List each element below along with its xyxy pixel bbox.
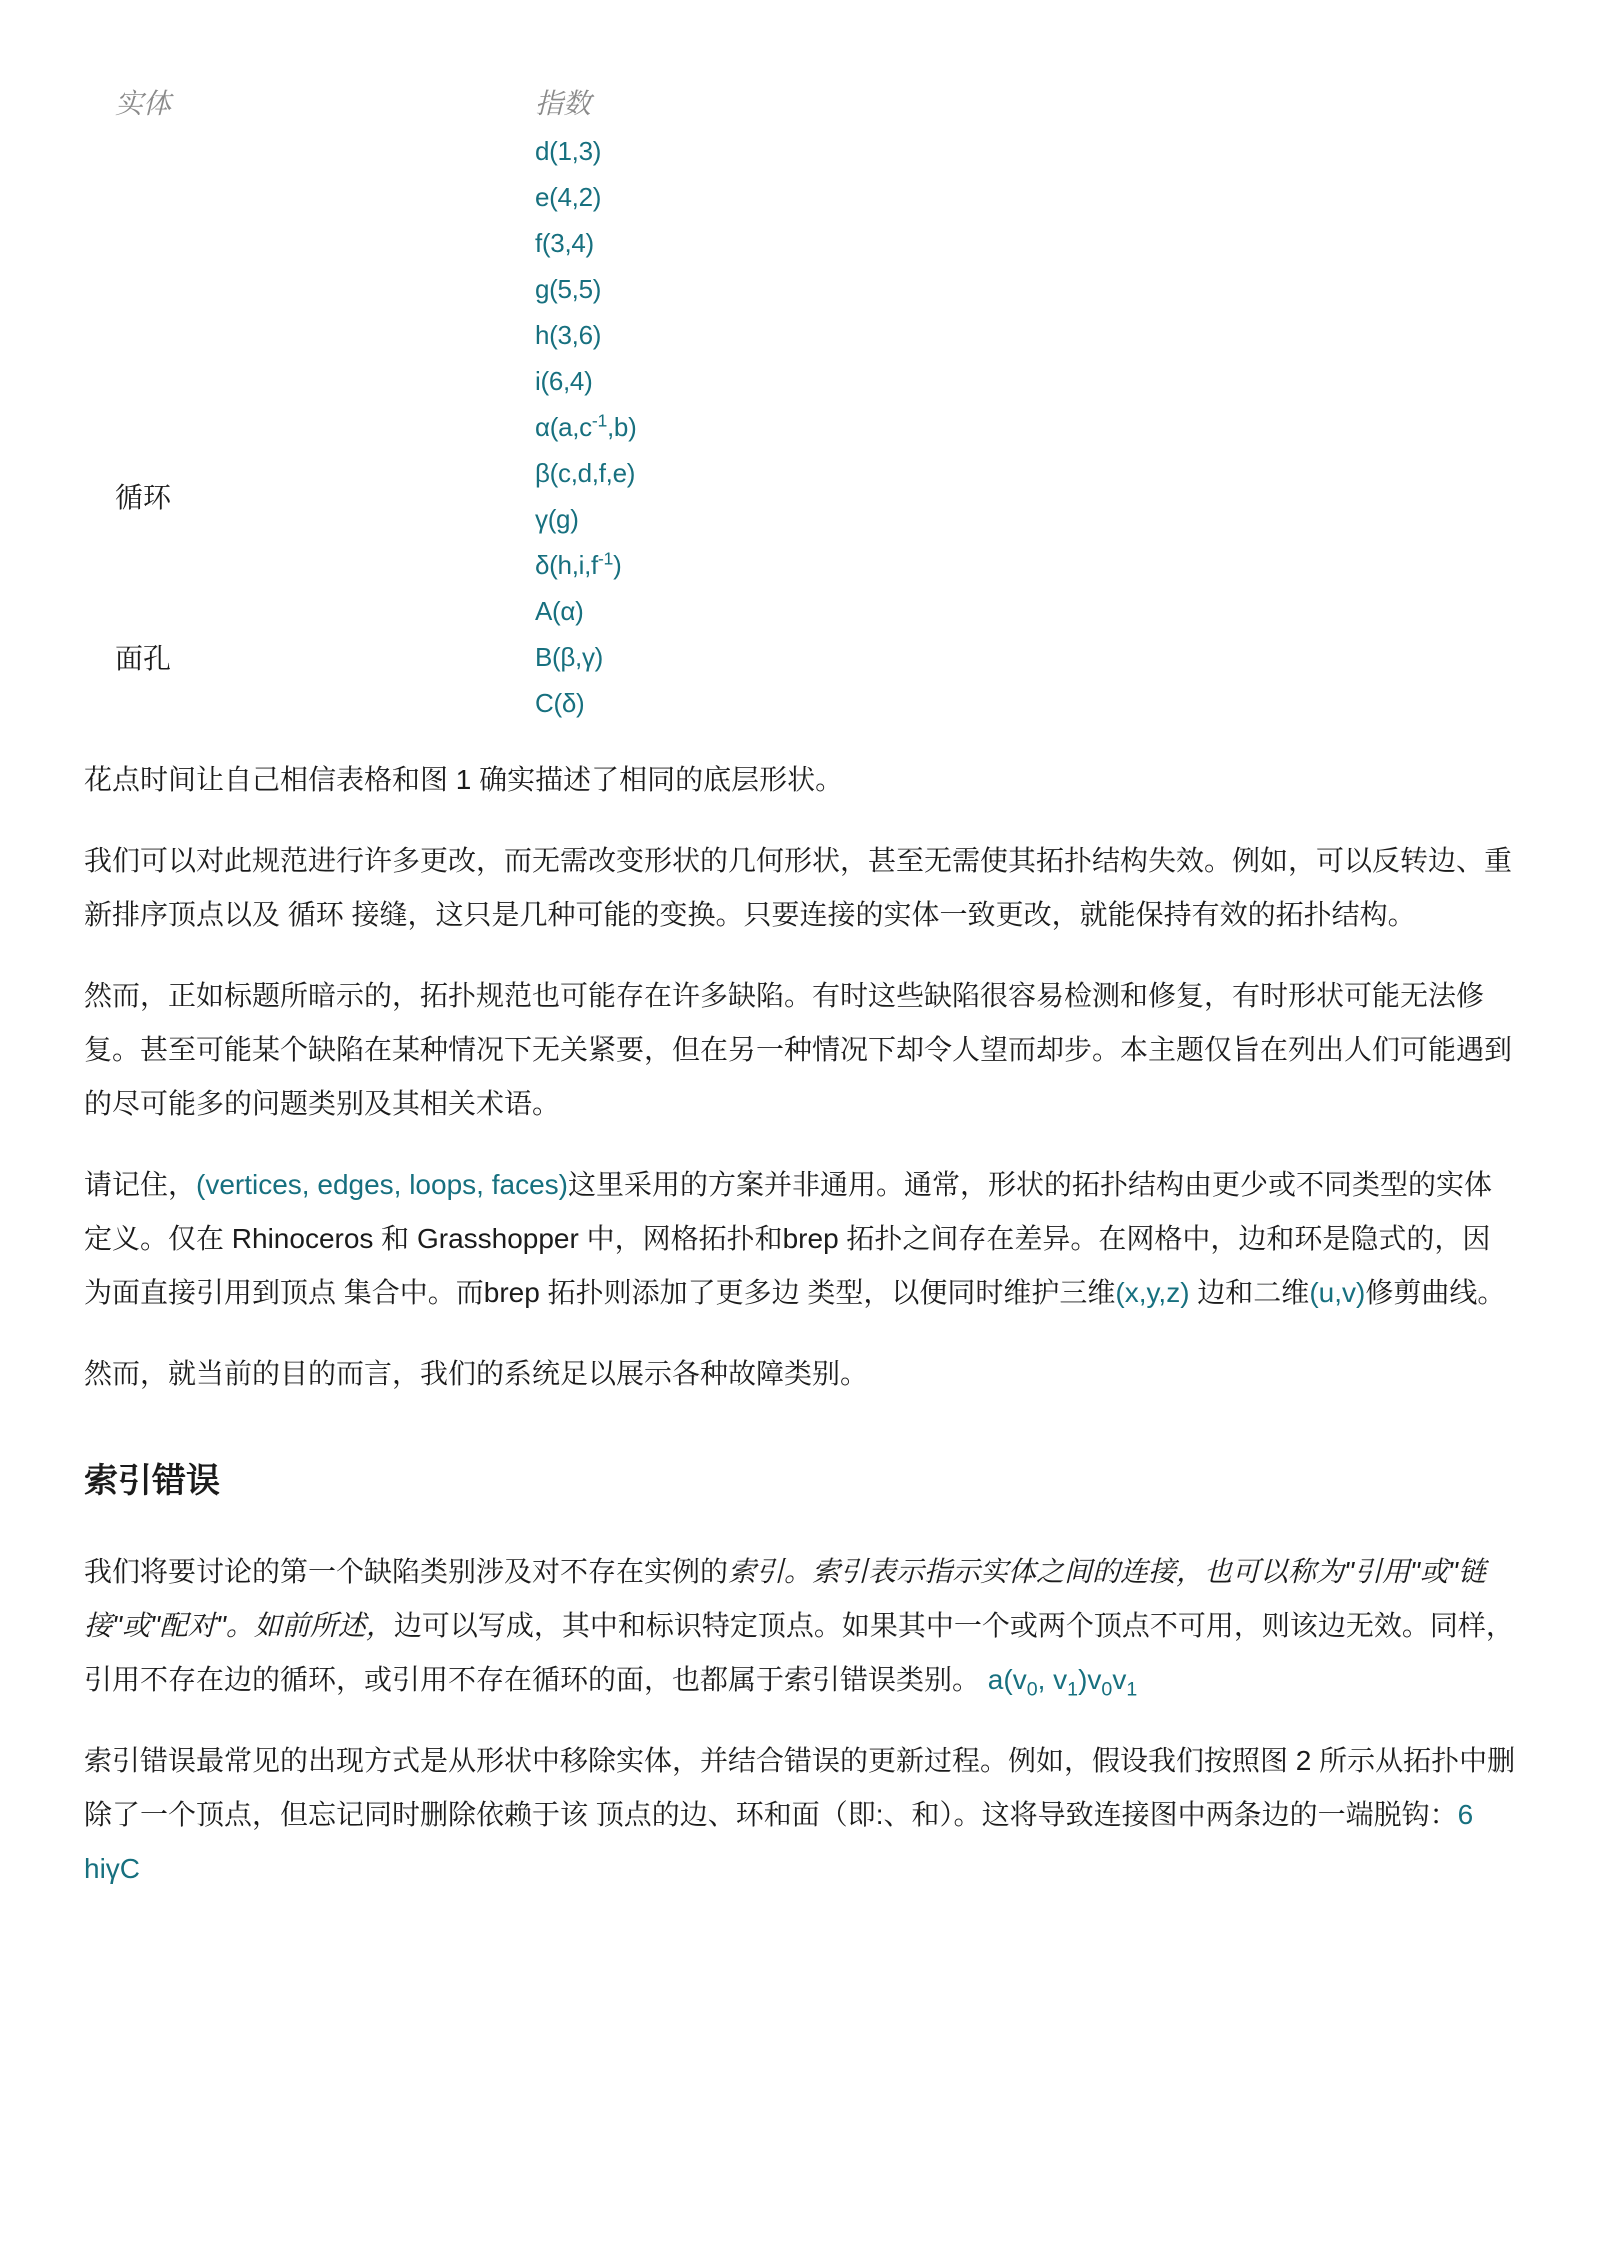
table-head: 实体 指数 <box>115 76 636 128</box>
entity-column-header: 实体 <box>115 76 535 128</box>
paragraph: 然而，正如标题所暗示的，拓扑规范也可能存在许多缺陷。有时这些缺陷很容易检测和修复… <box>84 969 1516 1131</box>
paragraph: 然而，就当前的目的而言，我们的系统足以展示各种故障类别。 <box>84 1347 1516 1401</box>
table-row: d(1,3) <box>115 128 636 174</box>
notation-text: 0 <box>1101 1679 1112 1701</box>
text-segment: A(α) <box>535 596 584 626</box>
entity-group-label: 面孔 <box>115 588 535 726</box>
text-segment: γ(g) <box>535 504 579 534</box>
table-row: 循环α(a,c-1,b) <box>115 404 636 450</box>
index-cell: i(6,4) <box>535 358 636 404</box>
topology-entity-table: 实体 指数 d(1,3)e(4,2)f(3,4)g(5,5)h(3,6)i(6,… <box>115 76 636 726</box>
notation-text: 1 <box>1126 1679 1137 1701</box>
document-page: 实体 指数 d(1,3)e(4,2)f(3,4)g(5,5)h(3,6)i(6,… <box>0 0 1600 2263</box>
table-header-row: 实体 指数 <box>115 76 636 128</box>
text-segment: α(a,c <box>535 412 592 442</box>
paragraph: 索引错误最常见的出现方式是从形状中移除实体，并结合错误的更新过程。例如，假设我们… <box>84 1734 1516 1896</box>
paragraph: 请记住，(vertices, edges, loops, faces)这里采用的… <box>84 1158 1516 1320</box>
index-cell: β(c,d,f,e) <box>535 450 636 496</box>
entity-group-label <box>115 128 535 404</box>
index-cell: g(5,5) <box>535 266 636 312</box>
text-segment: 边和二维 <box>1190 1277 1310 1308</box>
notation-text: (x,y,z) <box>1115 1277 1189 1308</box>
text-segment: 花点时间让自己相信表格和图 1 确实描述了相同的底层形状。 <box>84 764 843 795</box>
text-segment: 然而，就当前的目的而言，我们的系统足以展示各种故障类别。 <box>84 1358 868 1389</box>
text-segment: f(3,4) <box>535 228 594 258</box>
text-segment: h(3,6) <box>535 320 601 350</box>
entity-group-label: 循环 <box>115 404 535 588</box>
text-segment: B(β,γ) <box>535 642 603 672</box>
index-cell: B(β,γ) <box>535 634 636 680</box>
text-segment: ) <box>613 550 621 580</box>
text-segment: β(c,d,f,e) <box>535 458 635 488</box>
index-cell: f(3,4) <box>535 220 636 266</box>
index-cell: δ(h,i,f-1) <box>535 542 636 588</box>
notation-text: v <box>1112 1664 1126 1695</box>
notation-text: a(v <box>988 1664 1027 1695</box>
paragraph: 花点时间让自己相信表格和图 1 确实描述了相同的底层形状。 <box>84 753 1516 807</box>
notation-text: (u,v) <box>1309 1277 1365 1308</box>
text-segment: i(6,4) <box>535 366 592 396</box>
text-segment: C(δ) <box>535 688 584 718</box>
index-cell: h(3,6) <box>535 312 636 358</box>
paragraph: 我们将要讨论的第一个缺陷类别涉及对不存在实例的索引。索引表示指示实体之间的连接，… <box>84 1545 1516 1707</box>
text-segment: 我们将要讨论的第一个缺陷类别涉及对不存在实例的 <box>84 1556 728 1587</box>
notation-text: (vertices, edges, loops, faces) <box>196 1169 568 1200</box>
text-segment: 然而，正如标题所暗示的，拓扑规范也可能存在许多缺陷。有时这些缺陷很容易检测和修复… <box>84 980 1512 1119</box>
text-segment: d(1,3) <box>535 136 601 166</box>
text-segment: e(4,2) <box>535 182 601 212</box>
table-row: 面孔A(α) <box>115 588 636 634</box>
index-cell: γ(g) <box>535 496 636 542</box>
text-segment: 索引错误最常见的出现方式是从形状中移除实体，并结合错误的更新过程。例如，假设我们… <box>84 1745 1515 1830</box>
section-heading: 索引错误 <box>84 1461 1516 1501</box>
text-segment: g(5,5) <box>535 274 601 304</box>
index-cell: C(δ) <box>535 680 636 726</box>
text-segment: -1 <box>598 548 613 568</box>
paragraph: 我们可以对此规范进行许多更改，而无需改变形状的几何形状，甚至无需使其拓扑结构失效… <box>84 834 1516 942</box>
text-segment: 修剪曲线。 <box>1365 1277 1505 1308</box>
entity-table-body: d(1,3)e(4,2)f(3,4)g(5,5)h(3,6)i(6,4)循环α(… <box>115 128 636 726</box>
notation-text: , v <box>1038 1664 1068 1695</box>
index-cell: α(a,c-1,b) <box>535 404 636 450</box>
text-segment: δ(h,i,f <box>535 550 598 580</box>
notation-text: 0 <box>1027 1679 1038 1701</box>
index-column-header: 指数 <box>535 76 636 128</box>
notation-text: 1 <box>1067 1679 1078 1701</box>
text-segment: -1 <box>592 410 607 430</box>
document-body: 花点时间让自己相信表格和图 1 确实描述了相同的底层形状。我们可以对此规范进行许… <box>84 753 1516 1896</box>
text-segment: 请记住， <box>84 1169 196 1200</box>
text-segment: 我们可以对此规范进行许多更改，而无需改变形状的几何形状，甚至无需使其拓扑结构失效… <box>84 845 1512 930</box>
notation-text: )v <box>1078 1664 1101 1695</box>
text-segment: ,b) <box>607 412 636 442</box>
index-cell: e(4,2) <box>535 174 636 220</box>
index-cell: d(1,3) <box>535 128 636 174</box>
index-cell: A(α) <box>535 588 636 634</box>
